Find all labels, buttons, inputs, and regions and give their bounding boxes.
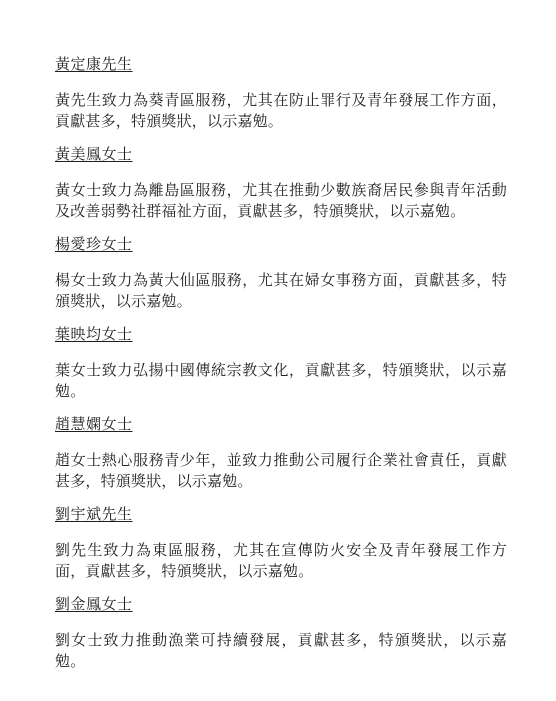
award-entry: 葉映均女士 葉女士致力弘揚中國傳統宗教文化，貢獻甚多，特頒獎狀，以示嘉勉。 xyxy=(55,325,507,403)
award-entry: 楊愛珍女士 楊女士致力為黃大仙區服務，尤其在婦女事務方面，貢獻甚多，特頒獎狀，以… xyxy=(55,235,507,313)
recipient-name: 劉宇斌先生 xyxy=(55,505,507,526)
recipient-name: 趙慧嫻女士 xyxy=(55,415,507,436)
citation-paragraph: 楊女士致力為黃大仙區服務，尤其在婦女事務方面，貢獻甚多，特頒獎狀，以示嘉勉。 xyxy=(55,271,507,313)
citation-paragraph: 趙女士熱心服務青少年，並致力推動公司履行企業社會責任，貢獻甚多，特頒獎狀，以示嘉… xyxy=(55,451,507,493)
award-entry: 黃定康先生 黃先生致力為葵青區服務，尤其在防止罪行及青年發展工作方面，貢獻甚多，… xyxy=(55,55,507,133)
recipient-name: 黃定康先生 xyxy=(55,55,507,76)
award-entry: 黃美鳳女士 黃女士致力為離島區服務，尤其在推動少數族裔居民參與青年活動及改善弱勢… xyxy=(55,145,507,223)
recipient-name: 劉金鳳女士 xyxy=(55,595,507,616)
citation-paragraph: 劉先生致力為東區服務，尤其在宣傳防火安全及青年發展工作方面，貢獻甚多，特頒獎狀，… xyxy=(55,541,507,583)
citation-paragraph: 黃女士致力為離島區服務，尤其在推動少數族裔居民參與青年活動及改善弱勢社群福祉方面… xyxy=(55,181,507,223)
document-page: 黃定康先生 黃先生致力為葵青區服務，尤其在防止罪行及青年發展工作方面，貢獻甚多，… xyxy=(0,0,556,701)
recipient-name: 楊愛珍女士 xyxy=(55,235,507,256)
recipient-name: 葉映均女士 xyxy=(55,325,507,346)
award-entry: 劉宇斌先生 劉先生致力為東區服務，尤其在宣傳防火安全及青年發展工作方面，貢獻甚多… xyxy=(55,505,507,583)
award-entry: 劉金鳳女士 劉女士致力推動漁業可持續發展，貢獻甚多，特頒獎狀，以示嘉勉。 xyxy=(55,595,507,673)
award-entry: 趙慧嫻女士 趙女士熱心服務青少年，並致力推動公司履行企業社會責任，貢獻甚多，特頒… xyxy=(55,415,507,493)
citation-paragraph: 葉女士致力弘揚中國傳統宗教文化，貢獻甚多，特頒獎狀，以示嘉勉。 xyxy=(55,361,507,403)
citation-paragraph: 黃先生致力為葵青區服務，尤其在防止罪行及青年發展工作方面，貢獻甚多，特頒獎狀，以… xyxy=(55,91,507,133)
citation-paragraph: 劉女士致力推動漁業可持續發展，貢獻甚多，特頒獎狀，以示嘉勉。 xyxy=(55,631,507,673)
recipient-name: 黃美鳳女士 xyxy=(55,145,507,166)
